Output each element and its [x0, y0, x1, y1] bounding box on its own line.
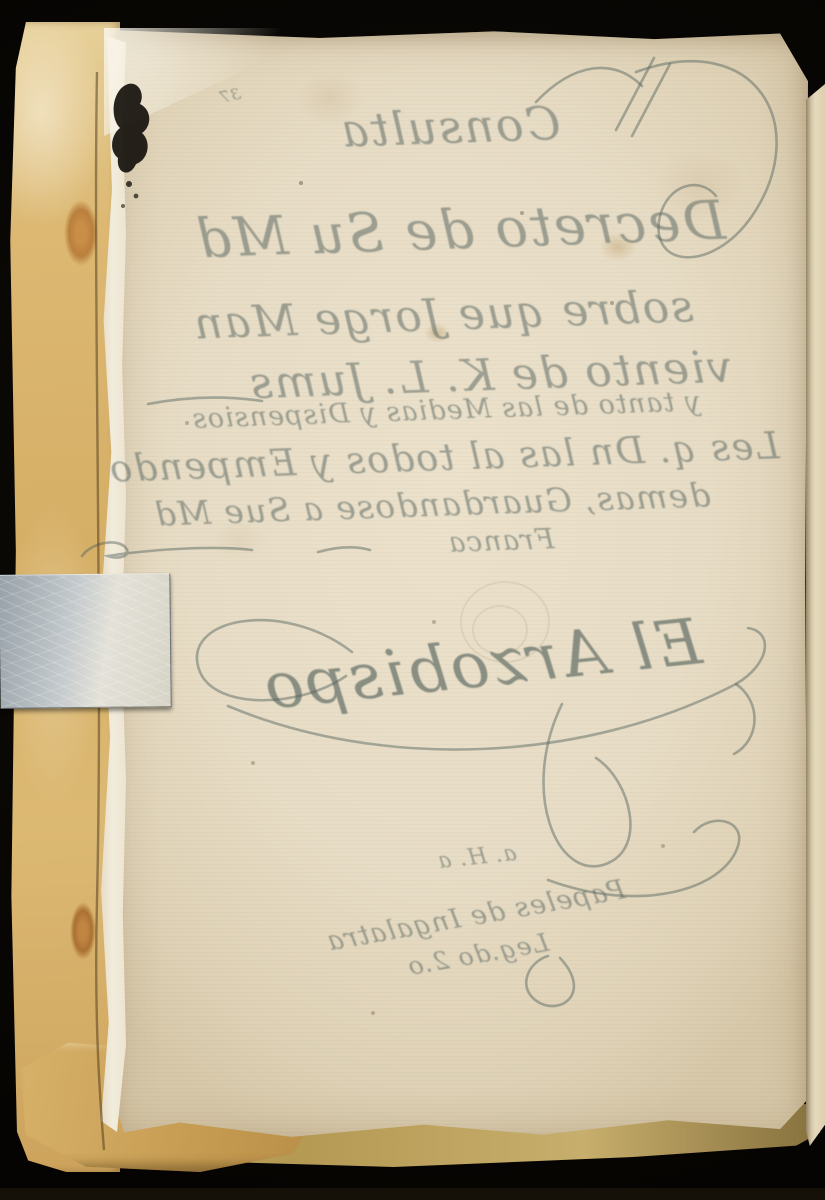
- film-weight-strip: [0, 573, 172, 709]
- manuscript-scan: 37 Consulta Decreto de Su Md sobre que J…: [0, 0, 825, 1200]
- adjacent-leaf-fold: [806, 84, 825, 1146]
- parchment-brown-patch: [64, 200, 98, 266]
- handwriting-line-8: Franca: [415, 521, 586, 560]
- handwriting-line-1: Consulta: [319, 95, 581, 158]
- scan-bed-edge: [0, 1188, 825, 1200]
- ink-speckles: [0, 0, 2, 2]
